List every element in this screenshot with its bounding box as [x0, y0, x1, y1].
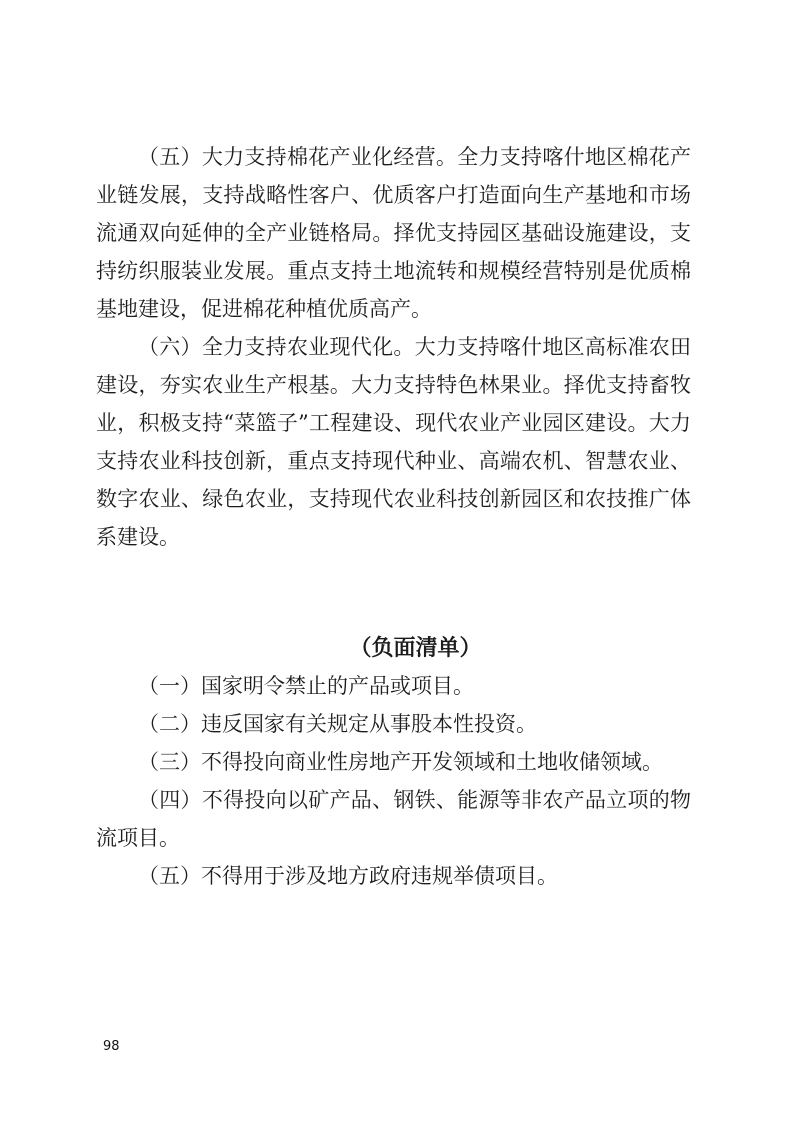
- document-page: （五）大力支持棉花产业化经营。全力支持喀什地区棉花产业链发展，支持战略性客户、优…: [0, 0, 793, 1122]
- negative-list-item-1: （一）国家明令禁止的产品或项目。: [96, 667, 691, 705]
- negative-list-item-5: （五）不得用于涉及地方政府违规举债项目。: [96, 857, 691, 895]
- body-paragraph-agriculture: （六）全力支持农业现代化。大力支持喀什地区高标准农田建设，夯实农业生产根基。大力…: [96, 328, 691, 556]
- negative-list-heading: （负面清单）: [96, 629, 691, 667]
- negative-list: （一）国家明令禁止的产品或项目。 （二）违反国家有关规定从事股本性投资。 （三）…: [96, 667, 691, 895]
- negative-list-item-4: （四）不得投向以矿产品、钢铁、能源等非农产品立项的物流项目。: [96, 781, 691, 857]
- negative-list-item-3: （三）不得投向商业性房地产开发领域和土地收储领域。: [96, 743, 691, 781]
- document-content: （五）大力支持棉花产业化经营。全力支持喀什地区棉花产业链发展，支持战略性客户、优…: [96, 138, 691, 895]
- body-paragraph-cotton: （五）大力支持棉花产业化经营。全力支持喀什地区棉花产业链发展，支持战略性客户、优…: [96, 138, 691, 328]
- negative-list-item-2: （二）违反国家有关规定从事股本性投资。: [96, 705, 691, 743]
- page-number: 98: [103, 1040, 120, 1053]
